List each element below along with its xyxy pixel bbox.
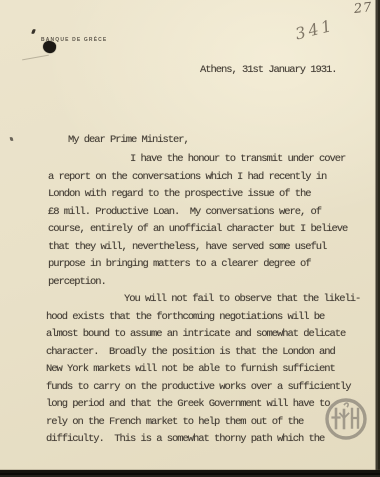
dateline: Athens, 31st January 1931.	[200, 62, 337, 80]
letter-paragraph-1: I have the honour to transmit under cove…	[48, 151, 347, 291]
ink-speck	[10, 137, 14, 141]
ink-speck	[31, 29, 35, 35]
handwritten-reference-number: 341	[293, 15, 336, 43]
archive-stamp-icon	[323, 397, 369, 443]
scratch-mark	[22, 55, 49, 61]
letter-page: 27 341 BANQUE DE GRÈCE Athens, 31st Janu…	[0, 0, 380, 477]
photo-edge-right	[375, 0, 380, 477]
page-corner-number: 27	[354, 0, 374, 17]
salutation: My dear Prime Minister,	[68, 132, 189, 150]
letter-paragraph-2: You will not fail to observe that the li…	[46, 291, 360, 449]
photo-edge-bottom	[0, 469, 380, 477]
